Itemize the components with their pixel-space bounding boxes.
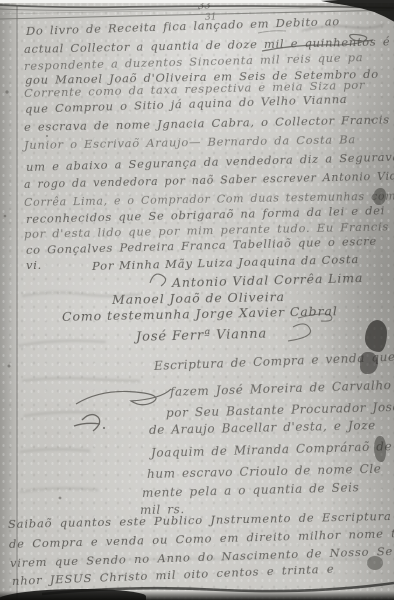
deed-heading-line: Escriptura de Compra e venda que [154, 350, 394, 373]
signature-witness-jorge: Como testemunha Jorge Xavier Cabral [62, 303, 338, 324]
signature-on-behalf: Por Minha Mãy Luiza Joaquina da Costa [92, 252, 360, 273]
receipt-note-line: e escrava de nome Jgnacia Cabra, o Colle… [24, 112, 390, 134]
deed-heading-line: Joaquim de Miranda Compráraõ de [151, 439, 393, 460]
signature-antonio-vidal: Antonio Vidal Corrêa Lima [172, 270, 364, 290]
manuscript-page: 33 31 Do livro de Receita fica lançado e… [0, 0, 394, 600]
receipt-note-line: Junior o Escrivaõ Araujo— Bernardo da Co… [24, 132, 356, 152]
receipt-note-line: Do livro de Receita fica lançado em Debi… [26, 14, 340, 38]
bottom-scan-shadow [0, 591, 394, 600]
deed-heading-line: mente pela a o quantia de Seis [142, 480, 360, 500]
receipt-note-line: a rogo da vendedora por naõ Saber escrev… [24, 169, 394, 191]
signature-jose-vianna: José Ferrª Vianna [136, 327, 267, 345]
deed-heading-line: fazem José Moreira de Carvalho Jor [170, 377, 394, 399]
receipt-note-line: vi. [26, 258, 42, 272]
deed-heading-line: de Araujo Bacellar d'esta, e Joze [149, 418, 376, 437]
edge-stain [367, 556, 383, 570]
deed-heading-line: hum escravo Crioulo de nome Cle [147, 462, 382, 481]
edge-stain [374, 436, 386, 462]
edge-stain [360, 352, 378, 374]
edge-stain [365, 320, 387, 352]
margin-rule-line [16, 6, 18, 600]
binding-shadow [0, 0, 16, 600]
deed-heading-line: por Seu Bastante Procurador José [166, 400, 394, 420]
